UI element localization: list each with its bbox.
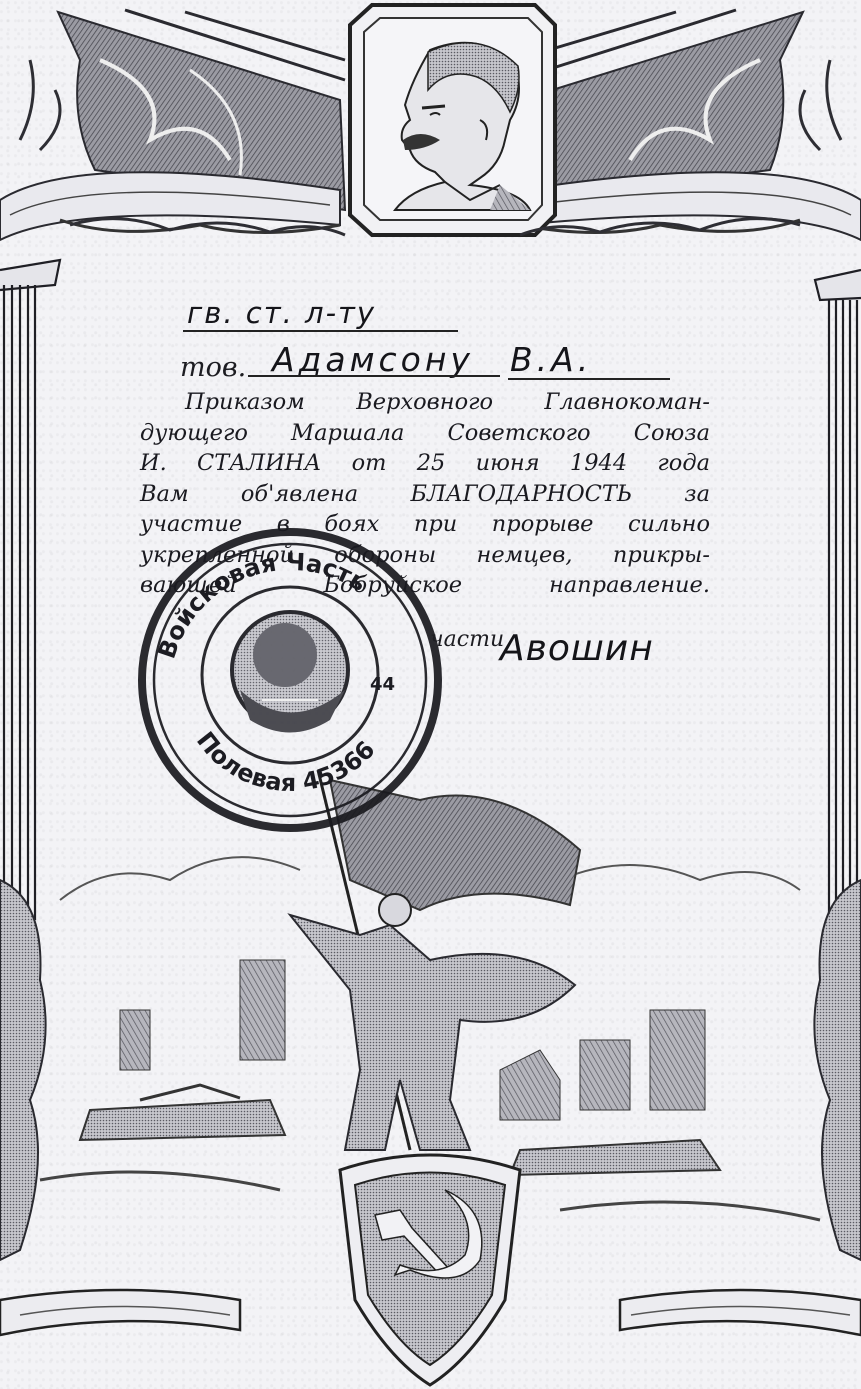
body-line: И. СТАЛИНА от 25 июня 1944 года	[140, 448, 710, 479]
body-line: Вам об'явлена БЛАГОДАРНОСТЬ за	[140, 479, 710, 510]
rank-underline	[183, 330, 458, 332]
surname-underline	[248, 375, 500, 377]
recipient-rank: гв. ст. л-ту	[187, 296, 376, 330]
commander-signature: Авошин	[500, 628, 654, 669]
address-prefix: тов.	[180, 352, 246, 383]
stamp-text-layer: Войсковая Часть Полевая 45366 44	[0, 0, 861, 1389]
recipient-surname: Адамсону	[272, 340, 474, 379]
body-line: укрепленной обороны немцев, прикры-	[140, 540, 710, 571]
stamp-partial-number: 44	[370, 674, 395, 695]
body-line: участие в боях при прорыве сильно	[140, 509, 710, 540]
body-line: вающей Бобруйское направление.	[140, 570, 710, 601]
body-line: дующего Маршала Советского Союза	[140, 418, 710, 449]
recipient-initials: В.А.	[510, 340, 592, 379]
commander-label: части	[430, 627, 504, 652]
stamp-bottom-text: Полевая 45366	[191, 727, 381, 797]
initials-underline	[508, 378, 670, 380]
body-line: Приказом Верховного Главнокоман-	[140, 387, 710, 418]
commendation-body: Приказом Верховного Главнокоман- дующего…	[140, 387, 710, 601]
